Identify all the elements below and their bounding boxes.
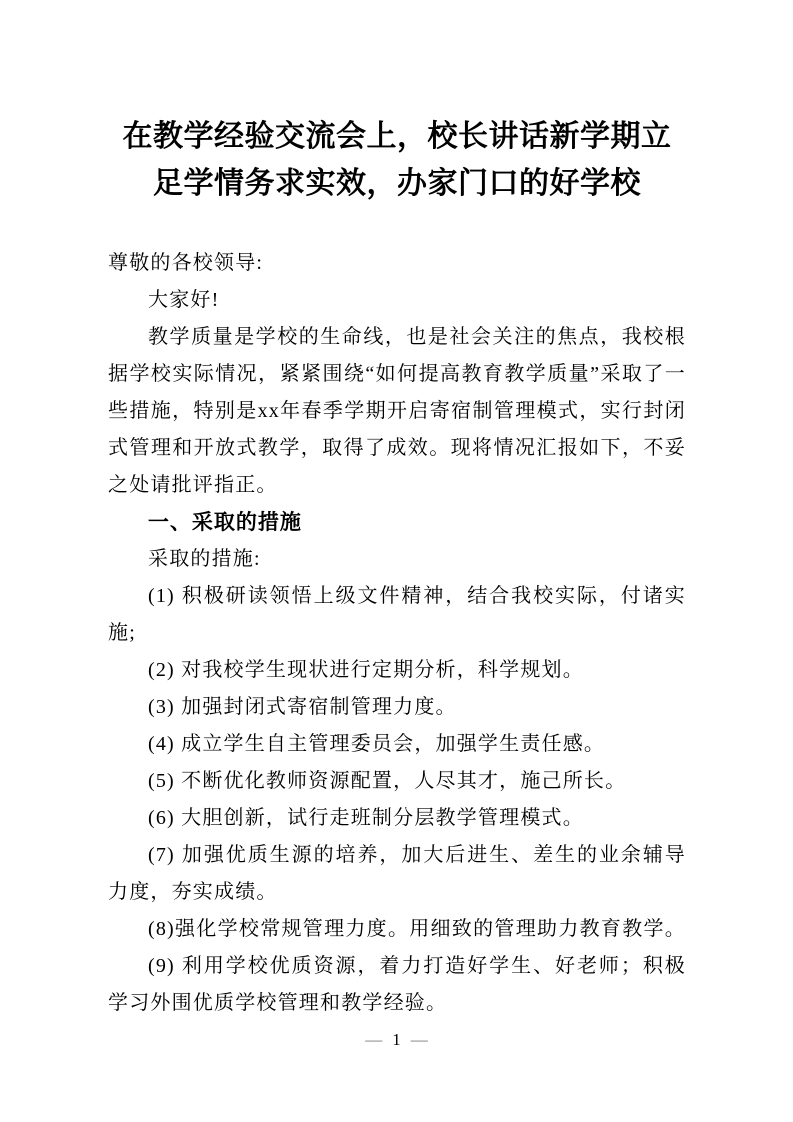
section-heading-measures: 一、采取的措施 [108,504,686,541]
document-title: 在教学经验交流会上，校长讲话新学期立足学情务求实效，办家门口的好学校 [108,113,686,207]
measure-item: (9) 利用学校优质资源，着力打造好学生、好老师；积极学习外围优质学校管理和教学… [108,948,686,1022]
paragraph-measures-lead: 采取的措施: [108,541,686,578]
measure-item: (3) 加强封闭式寄宿制管理力度。 [108,689,686,726]
measure-item: (8)强化学校常规管理力度。用细致的管理助力教育教学。 [108,911,686,948]
paragraph-greeting: 大家好! [108,282,686,319]
page-footer: —1— [0,1028,793,1052]
document-body: 尊敬的各校领导: 大家好! 教学质量是学校的生命线，也是社会关注的焦点，我校根据… [108,245,686,1022]
measure-item: (6) 大胆创新，试行走班制分层教学管理模式。 [108,800,686,837]
measure-item: (7) 加强优质生源的培养，加大后进生、差生的业余辅导力度，夯实成绩。 [108,837,686,911]
measure-item: (2) 对我校学生现状进行定期分析，科学规划。 [108,652,686,689]
page-number: 1 [392,1030,401,1049]
measure-item: (5) 不断优化教师资源配置，人尽其才，施己所长。 [108,763,686,800]
document-page: 在教学经验交流会上，校长讲话新学期立足学情务求实效，办家门口的好学校 尊敬的各校… [0,0,793,1122]
measure-item: (4) 成立学生自主管理委员会，加强学生责任感。 [108,726,686,763]
measure-item: (1) 积极研读领悟上级文件精神，结合我校实际，付诸实施; [108,578,686,652]
paragraph-salutation: 尊敬的各校领导: [108,245,686,282]
document-content: 在教学经验交流会上，校长讲话新学期立足学情务求实效，办家门口的好学校 尊敬的各校… [108,113,686,1022]
footer-dash-right: — [411,1030,428,1049]
paragraph-intro: 教学质量是学校的生命线，也是社会关注的焦点，我校根据学校实际情况，紧紧围绕“如何… [108,319,686,504]
footer-dash-left: — [365,1030,382,1049]
